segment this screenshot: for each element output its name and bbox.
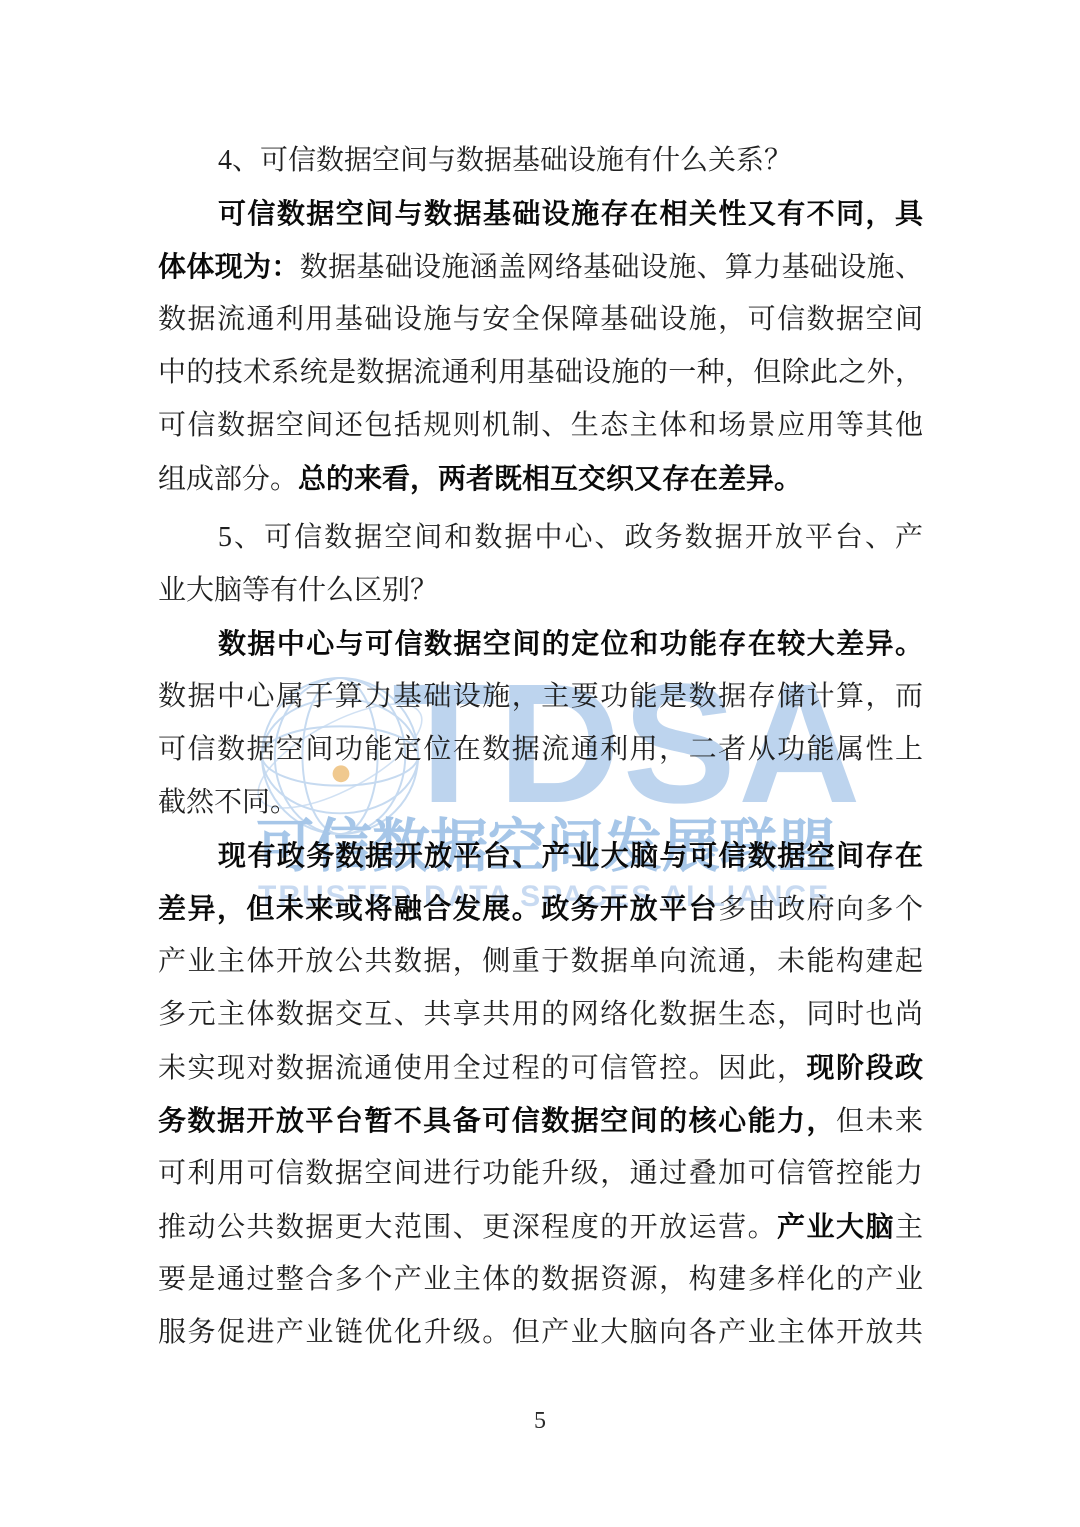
body-text: 但未来	[836, 1106, 923, 1137]
emphasis-text: 现阶段政	[807, 1052, 923, 1083]
text-line: 中的技术系统是数据流通利用基础设施的一种，但除此之外，	[158, 346, 923, 399]
text-line: 数据流通利用基础设施与安全保障基础设施，可信数据空间	[158, 293, 923, 346]
emphasis-text: 数据中心与可信数据空间的定位和功能存在较大差异。	[218, 628, 923, 659]
text-line: 截然不同。	[158, 776, 923, 829]
text-line: 多元主体数据交互、共享共用的网络化数据生态，同时也尚	[158, 988, 923, 1041]
text-line: 可信数据空间还包括规则机制、生态主体和场景应用等其他	[158, 399, 923, 452]
body-text: 数据基础设施涵盖网络基础设施、算力基础设施、	[300, 252, 923, 283]
text-line: 现有政务数据开放平台、产业大脑与可信数据空间存在	[158, 829, 923, 882]
emphasis-text: 体体现为：	[158, 251, 300, 282]
body-text: 推动公共数据更大范围、更深程度的开放运营。	[158, 1212, 777, 1243]
text-line: 要是通过整合多个产业主体的数据资源，构建多样化的产业	[158, 1253, 923, 1306]
body-text: 多由政府向多个	[718, 894, 923, 925]
emphasis-text: 可信数据空间与数据基础设施存在相关性又有不同，具	[218, 198, 923, 229]
text-line: 组成部分。总的来看，两者既相互交织又存在差异。	[158, 452, 923, 505]
body-text: 未实现对数据流通使用全过程的可信管控。因此，	[158, 1053, 807, 1084]
text-line: 未实现对数据流通使用全过程的可信管控。因此，现阶段政	[158, 1041, 923, 1094]
body-text: 数据流通利用基础设施与安全保障基础设施，可信数据空间	[158, 304, 923, 335]
text-line: 务数据开放平台暂不具备可信数据空间的核心能力，但未来	[158, 1094, 923, 1147]
text-line: 可信数据空间与数据基础设施存在相关性又有不同，具	[158, 187, 923, 240]
text-line: 可利用可信数据空间进行功能升级，通过叠加可信管控能力	[158, 1147, 923, 1200]
text-line: 产业主体开放公共数据，侧重于数据单向流通，未能构建起	[158, 935, 923, 988]
question-line: 业大脑等有什么区别？	[158, 564, 923, 617]
body-text: 可信数据空间功能定位在数据流通利用，二者从功能属性上	[158, 734, 923, 765]
document-content: 4、可信数据空间与数据基础设施有什么关系？可信数据空间与数据基础设施存在相关性又…	[158, 134, 923, 1359]
body-text: 业大脑等有什么区别？	[158, 575, 438, 606]
emphasis-text: 产业大脑	[777, 1211, 895, 1242]
emphasis-text: 差异，但未来或将融合发展。政务开放平台	[158, 893, 718, 924]
text-line: 推动公共数据更大范围、更深程度的开放运营。产业大脑主	[158, 1200, 923, 1253]
body-text: 5、可信数据空间和数据中心、政务数据开放平台、产	[218, 522, 923, 553]
text-line: 体体现为：数据基础设施涵盖网络基础设施、算力基础设施、	[158, 240, 923, 293]
text-line: 数据中心与可信数据空间的定位和功能存在较大差异。	[158, 617, 923, 670]
body-text: 可信数据空间还包括规则机制、生态主体和场景应用等其他	[158, 410, 923, 441]
question-line: 4、可信数据空间与数据基础设施有什么关系？	[158, 134, 923, 187]
body-text: 截然不同。	[158, 787, 298, 818]
emphasis-text: 总的来看，两者既相互交织又存在差异。	[298, 463, 802, 494]
text-line: 差异，但未来或将融合发展。政务开放平台多由政府向多个	[158, 882, 923, 935]
body-text: 主	[895, 1212, 923, 1243]
body-text: 产业主体开放公共数据，侧重于数据单向流通，未能构建起	[158, 946, 923, 977]
body-text: 4、可信数据空间与数据基础设施有什么关系？	[218, 145, 792, 176]
body-text: 多元主体数据交互、共享共用的网络化数据生态，同时也尚	[158, 999, 923, 1030]
body-text: 数据中心属于算力基础设施，主要功能是数据存储计算，而	[158, 681, 923, 712]
text-line: 服务促进产业链优化升级。但产业大脑向各产业主体开放共	[158, 1306, 923, 1359]
text-line: 可信数据空间功能定位在数据流通利用，二者从功能属性上	[158, 723, 923, 776]
text-line: 数据中心属于算力基础设施，主要功能是数据存储计算，而	[158, 670, 923, 723]
body-text: 服务促进产业链优化升级。但产业大脑向各产业主体开放共	[158, 1317, 923, 1348]
body-text: 中的技术系统是数据流通利用基础设施的一种，但除此之外，	[158, 357, 923, 388]
body-text: 要是通过整合多个产业主体的数据资源，构建多样化的产业	[158, 1264, 923, 1295]
page-number: 5	[0, 1406, 1080, 1436]
emphasis-text: 现有政务数据开放平台、产业大脑与可信数据空间存在	[218, 840, 923, 871]
document-page: TDSA 可信数据空间发展联盟 TRUSTED DATA SPACES ALLI…	[0, 0, 1080, 1527]
body-text: 可利用可信数据空间进行功能升级，通过叠加可信管控能力	[158, 1158, 923, 1189]
emphasis-text: 务数据开放平台暂不具备可信数据空间的核心能力，	[158, 1105, 836, 1136]
body-text: 组成部分。	[158, 464, 298, 495]
question-line: 5、可信数据空间和数据中心、政务数据开放平台、产	[158, 511, 923, 564]
